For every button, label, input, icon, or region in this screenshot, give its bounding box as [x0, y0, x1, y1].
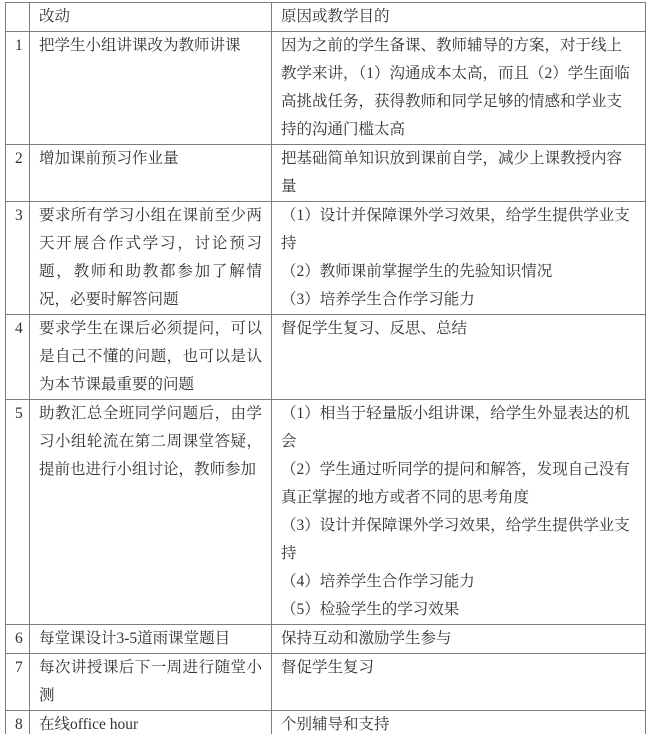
document-page: 改动 原因或教学目的 1 把学生小组讲课改为教师讲课 因为之前的学生备课、教师辅…: [0, 0, 650, 734]
row-number: 6: [6, 625, 30, 654]
changes-reasons-table: 改动 原因或教学目的 1 把学生小组讲课改为教师讲课 因为之前的学生备课、教师辅…: [5, 2, 646, 734]
row-number: 3: [6, 202, 30, 315]
row-number: 7: [6, 654, 30, 711]
row-number: 4: [6, 315, 30, 400]
reason-paragraph: （1）相当于轻量版小组讲课，给学生外显表达的机会: [281, 400, 636, 456]
reason-cell: 督促学生复习、反思、总结: [272, 315, 646, 400]
change-cell: 要求学生在课后必须提问，可以是自己不懂的问题，也可以是认为本节课最重要的问题: [30, 315, 272, 400]
reason-paragraph: （2）教师课前掌握学生的先验知识情况: [281, 258, 636, 286]
table-row: 2 增加课前预习作业量 把基础简单知识放到课前自学，减少上课教授内容量: [6, 145, 646, 202]
reason-paragraph: （4）培养学生合作学习能力: [281, 568, 636, 596]
table-row: 5 助教汇总全班同学问题后，由学习小组轮流在第二周课堂答疑，提前也进行小组讨论，…: [6, 400, 646, 625]
table-row: 7 每次讲授课后下一周进行随堂小测 督促学生复习: [6, 654, 646, 711]
reason-cell: （1）相当于轻量版小组讲课，给学生外显表达的机会 （2）学生通过听同学的提问和解…: [272, 400, 646, 625]
reason-paragraph: （5）检验学生的学习效果: [281, 596, 636, 624]
table-row: 3 要求所有学习小组在课前至少两天开展合作式学习，讨论预习题，教师和助教都参加了…: [6, 202, 646, 315]
table-row: 4 要求学生在课后必须提问，可以是自己不懂的问题，也可以是认为本节课最重要的问题…: [6, 315, 646, 400]
reason-cell: （1）设计并保障课外学习效果，给学生提供学业支持 （2）教师课前掌握学生的先验知…: [272, 202, 646, 315]
header-reason-cell: 原因或教学目的: [272, 3, 646, 32]
change-cell: 每堂课设计3-5道雨课堂题目: [30, 625, 272, 654]
table-row: 6 每堂课设计3-5道雨课堂题目 保持互动和激励学生参与: [6, 625, 646, 654]
reason-cell: 因为之前的学生备课、教师辅导的方案，对于线上教学来讲，（1）沟通成本太高，而且（…: [272, 32, 646, 145]
change-cell: 增加课前预习作业量: [30, 145, 272, 202]
reason-paragraph: 保持互动和激励学生参与: [281, 625, 636, 653]
reason-paragraph: （3）设计并保障课外学习效果，给学生提供学业支持: [281, 512, 636, 568]
reason-paragraph: （2）学生通过听同学的提问和解答，发现自己没有真正掌握的地方或者不同的思考角度: [281, 456, 636, 512]
table-header-row: 改动 原因或教学目的: [6, 3, 646, 32]
change-cell: 在线office hour: [30, 711, 272, 734]
row-number: 2: [6, 145, 30, 202]
header-change-cell: 改动: [30, 3, 272, 32]
table-row: 8 在线office hour 个别辅导和支持: [6, 711, 646, 734]
change-cell: 助教汇总全班同学问题后，由学习小组轮流在第二周课堂答疑，提前也进行小组讨论，教师…: [30, 400, 272, 625]
change-cell: 每次讲授课后下一周进行随堂小测: [30, 654, 272, 711]
reason-cell: 个别辅导和支持: [272, 711, 646, 734]
change-cell: 把学生小组讲课改为教师讲课: [30, 32, 272, 145]
header-num-cell: [6, 3, 30, 32]
reason-paragraph: （3）培养学生合作学习能力: [281, 286, 636, 314]
reason-paragraph: 个别辅导和支持: [281, 711, 636, 734]
reason-paragraph: 把基础简单知识放到课前自学，减少上课教授内容量: [281, 145, 636, 201]
reason-cell: 督促学生复习: [272, 654, 646, 711]
reason-cell: 保持互动和激励学生参与: [272, 625, 646, 654]
row-number: 8: [6, 711, 30, 734]
change-cell: 要求所有学习小组在课前至少两天开展合作式学习，讨论预习题，教师和助教都参加了解情…: [30, 202, 272, 315]
reason-paragraph: 督促学生复习: [281, 654, 636, 682]
row-number: 1: [6, 32, 30, 145]
reason-paragraph: （1）设计并保障课外学习效果，给学生提供学业支持: [281, 202, 636, 258]
reason-paragraph: 因为之前的学生备课、教师辅导的方案，对于线上教学来讲，（1）沟通成本太高，而且（…: [281, 32, 636, 144]
row-number: 5: [6, 400, 30, 625]
reason-cell: 把基础简单知识放到课前自学，减少上课教授内容量: [272, 145, 646, 202]
reason-paragraph: 督促学生复习、反思、总结: [281, 315, 636, 343]
table-row: 1 把学生小组讲课改为教师讲课 因为之前的学生备课、教师辅导的方案，对于线上教学…: [6, 32, 646, 145]
